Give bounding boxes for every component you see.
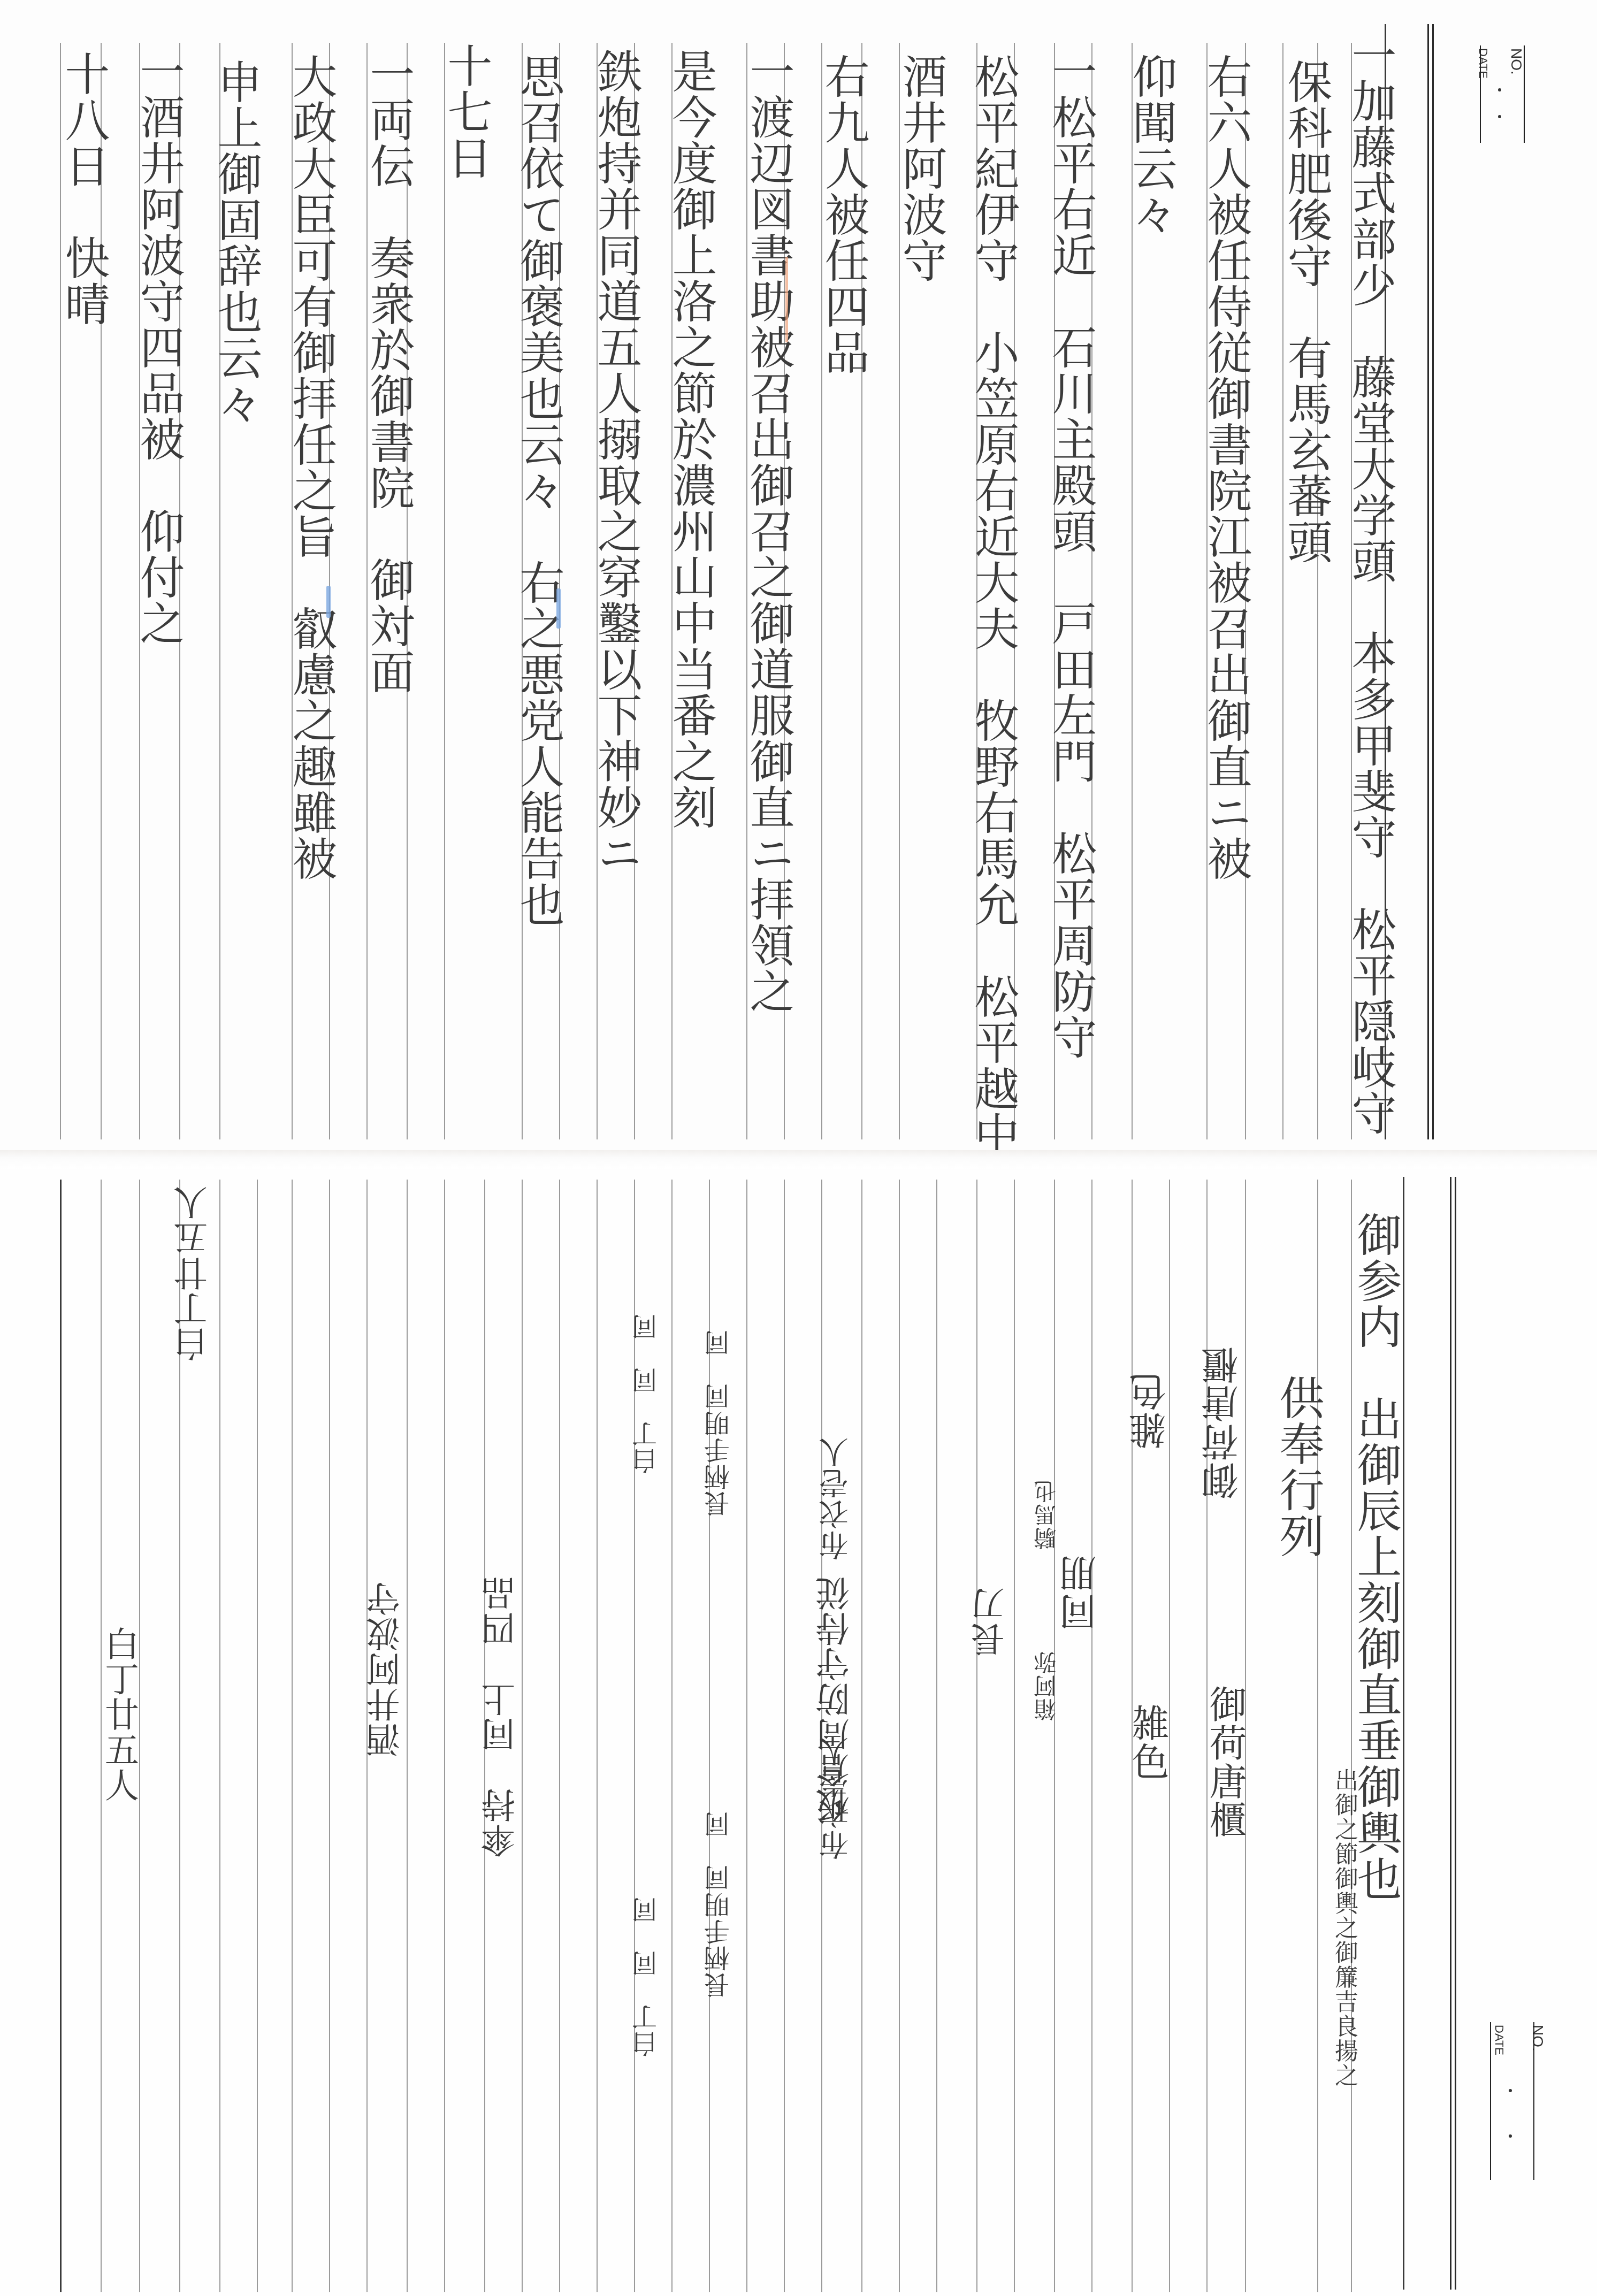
ruled-line — [671, 1180, 673, 2292]
no-label: NO. — [1508, 48, 1525, 75]
date-separator — [1509, 2089, 1512, 2092]
ruled-line — [559, 1180, 560, 2292]
ruled-line — [292, 1180, 293, 2292]
blue-highlight-mark — [326, 586, 331, 618]
text-column-upside-down: 長刀 — [974, 1586, 1008, 1657]
ruled-line — [899, 1180, 900, 2292]
text-column-upside-down: 雑色 — [1132, 1372, 1169, 1449]
text-column-upside-down: 騎馬也 — [1035, 1479, 1058, 1550]
no-field-line[interactable] — [1524, 45, 1525, 143]
orange-highlight-mark — [785, 257, 788, 342]
margin-line — [1403, 1177, 1404, 2290]
ruled-line — [444, 1180, 445, 2292]
page-fold-gutter — [0, 1150, 1597, 1169]
text-column: 一松平右近 石川主殿頭 戸田左門 松平周防守 — [1049, 48, 1094, 1060]
text-column: 仰聞云々 — [1129, 53, 1174, 238]
ruled-line — [257, 1180, 258, 2292]
text-column: 一両伝 奏衆於御書院 御対面 — [366, 51, 411, 695]
text-column: 右六人被任侍従御書院江被召出御直ニ被 — [1204, 53, 1249, 882]
text-column-upside-down: 布衣壱人 — [821, 1436, 851, 1560]
ruled-line — [597, 1180, 598, 2292]
double-margin-line — [1427, 24, 1434, 1139]
text-column-upside-down: 傘持 同上 四品 — [484, 1575, 518, 1858]
text-column: 白丁廿五人 — [102, 1626, 136, 1803]
date-separator — [1498, 115, 1501, 118]
ruled-line — [976, 1180, 977, 2292]
ruled-line — [1317, 1180, 1318, 2292]
text-column-upside-down: 酒井阿波守 — [369, 1581, 403, 1757]
ruled-line — [407, 1180, 408, 2292]
ruled-line — [784, 1180, 785, 2292]
text-column: 十七日 — [444, 43, 489, 181]
no-field-line[interactable] — [1533, 2022, 1534, 2180]
text-column: 一加藤式部少 藤堂大学頭 本多甲斐守 松平隠岐守 — [1348, 32, 1393, 1136]
text-column: 酒井阿波守 — [899, 53, 944, 284]
text-column: 思召依て御褒美也云々 右之悪党人能告也 — [516, 53, 561, 928]
ruled-line — [139, 1180, 140, 2292]
no-label: NO. — [1529, 2025, 1546, 2052]
text-column: 大政大臣可有御拝任之旨 叡慮之趣雖被 — [289, 53, 334, 882]
ruled-line — [329, 1180, 330, 2292]
text-column: 右九人被任四品 — [821, 53, 866, 376]
date-field-line[interactable] — [1490, 2022, 1491, 2180]
ruled-line — [219, 1180, 220, 2292]
text-column-upside-down: 白丁廿五人 — [177, 1185, 211, 1361]
notebook-page-bottom: NO. DATE 御参内 出御辰上刻御直垂御輿也 出御之節御輿之御簾吉良揚之 供… — [0, 1169, 1597, 2296]
text-column: 一渡辺図書助被召出御召之御道服御直ニ拝領之 — [746, 48, 791, 1014]
ruled-line — [444, 43, 445, 1139]
ruled-line — [1091, 1180, 1092, 2292]
ruled-line — [936, 1180, 937, 2292]
text-column-upside-down: 布衣壱人 — [821, 1736, 851, 1860]
text-column-upside-down: 白丁 同 同 — [634, 1896, 660, 2057]
text-column: 鉄炮持并同道五人搦取之穿鑿以下神妙ニ — [594, 48, 639, 876]
text-column: 御荷唐櫃 — [1206, 1685, 1244, 1839]
text-column-upside-down: 長柄手明同 同 — [706, 1811, 732, 1998]
blue-highlight-mark — [556, 588, 561, 629]
date-label: DATE — [1476, 48, 1490, 79]
text-column-upside-down: 箱阿弥 — [1035, 1650, 1058, 1721]
date-field-line[interactable] — [1480, 45, 1481, 143]
ruled-line — [861, 1180, 862, 2292]
ruled-line — [522, 1180, 523, 2292]
ruled-line — [1054, 1180, 1055, 2292]
text-column: 御参内 出御辰上刻御直垂御輿也 — [1354, 1212, 1399, 1902]
text-column-upside-down: 同朋 — [1062, 1554, 1099, 1631]
ruled-line — [746, 1180, 747, 2292]
date-separator — [1509, 2134, 1512, 2138]
text-column-upside-down: 白丁 同 同 — [634, 1313, 660, 1474]
text-column: 保科肥後守 有馬玄蕃頭 — [1284, 59, 1329, 565]
text-column-upside-down: 長柄手明同 同 — [706, 1329, 732, 1517]
date-label: DATE — [1492, 2025, 1506, 2055]
notebook-page-top: NO. DATE 一加藤式部少 藤堂大学頭 本多甲斐守 松平隠岐守 保科肥後守 … — [0, 0, 1597, 1150]
text-column: 是今度御上洛之節於濃州山中当番之刻 — [669, 48, 714, 830]
date-separator — [1498, 88, 1501, 91]
text-column: 供奉行列 — [1276, 1375, 1321, 1559]
text-column: 一酒井阿波守四品被 仰付之 — [136, 48, 181, 646]
text-column: 十八日 快晴 — [62, 51, 106, 327]
double-margin-line — [1450, 1177, 1456, 2290]
text-column: 松平紀伊守 小笠原右近大夫 牧野右馬允 松平越中守 — [971, 53, 1016, 1150]
text-column: 雑色 — [1129, 1704, 1166, 1781]
ruled-line — [1014, 1180, 1015, 2292]
margin-line — [60, 1180, 62, 2292]
text-column-note: 出御之節御輿之御簾吉良揚之 — [1332, 1768, 1356, 2088]
text-column-upside-down: 御荷唐櫃 — [1204, 1345, 1241, 1499]
text-column: 申上御固辞也云々 — [214, 59, 259, 427]
